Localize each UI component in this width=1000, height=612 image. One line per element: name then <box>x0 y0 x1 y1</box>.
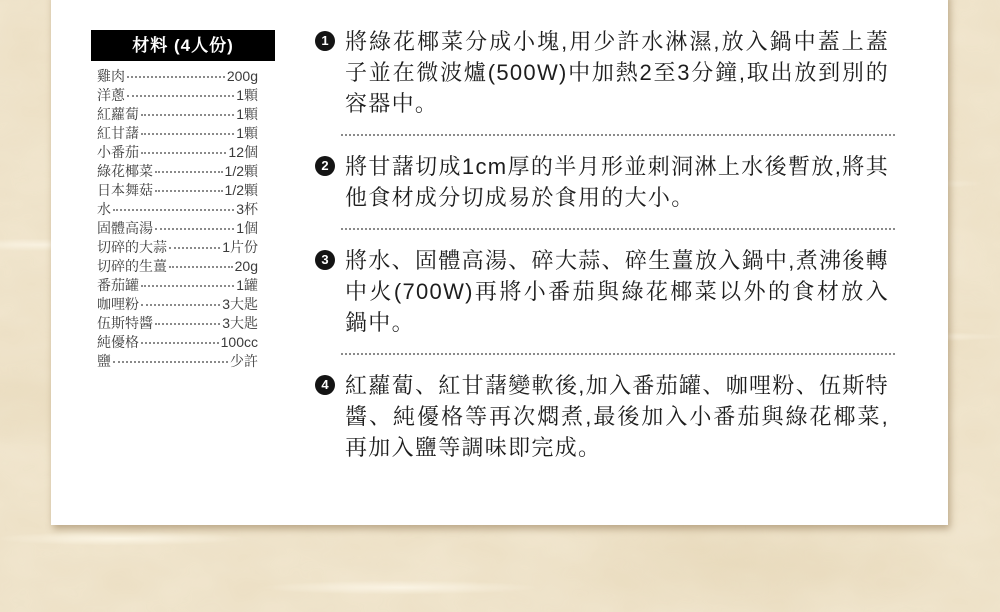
ingredients-header: 材料 (4人份) <box>91 30 275 61</box>
ingredient-amount: 1罐 <box>236 275 258 295</box>
step-number-badge: 4 <box>315 375 335 395</box>
dotted-leader <box>127 73 225 78</box>
ingredient-name: 純優格 <box>97 332 139 352</box>
ingredient-row: 紅蘿蔔1顆 <box>97 104 258 123</box>
ingredient-row: 切碎的大蒜1片份 <box>97 237 258 256</box>
step-4: 4紅蘿蔔、紅甘藷變軟後,加入番茄罐、咖哩粉、伍斯特醬、純優格等再次燜煮,最後加入… <box>315 370 907 463</box>
ingredient-amount: 3大匙 <box>222 294 258 314</box>
step-text: 將水、固體高湯、碎大蒜、碎生薑放入鍋中,煮沸後轉中火(700W)再將小番茄與綠花… <box>345 248 889 335</box>
dotted-separator <box>341 134 895 136</box>
dotted-leader <box>155 187 223 192</box>
ingredient-row: 番茄罐1罐 <box>97 275 258 294</box>
ingredient-amount: 1片份 <box>222 237 258 257</box>
dotted-leader <box>141 282 234 287</box>
ingredient-row: 咖哩粉3大匙 <box>97 294 258 313</box>
step-number-badge: 3 <box>315 250 335 270</box>
ingredient-row: 鹽少許 <box>97 351 258 370</box>
dotted-leader <box>113 206 234 211</box>
ingredient-amount: 3杯 <box>236 199 258 219</box>
dotted-leader <box>113 358 228 363</box>
dotted-separator <box>341 353 895 355</box>
ingredient-name: 固體高湯 <box>97 218 153 238</box>
ingredient-name: 日本舞菇 <box>97 180 153 200</box>
ingredient-amount: 1顆 <box>236 123 258 143</box>
dotted-leader <box>169 263 233 268</box>
ingredient-row: 水3杯 <box>97 199 258 218</box>
ingredient-name: 鹽 <box>97 351 111 371</box>
dotted-leader <box>141 301 220 306</box>
dotted-separator <box>341 228 895 230</box>
step-text: 紅蘿蔔、紅甘藷變軟後,加入番茄罐、咖哩粉、伍斯特醬、純優格等再次燜煮,最後加入小… <box>345 373 889 460</box>
step-1: 1將綠花椰菜分成小塊,用少許水淋濕,放入鍋中蓋上蓋子並在微波爐(500W)中加熱… <box>315 26 907 119</box>
recipe-card: 材料 (4人份) 雞肉200g 洋蔥1顆 紅蘿蔔1顆 紅甘藷1顆 小番茄12個 … <box>51 0 948 525</box>
dotted-leader <box>141 339 219 344</box>
ingredient-row: 洋蔥1顆 <box>97 85 258 104</box>
ingredient-amount: 1個 <box>236 218 258 238</box>
ingredient-row: 伍斯特醬3大匙 <box>97 313 258 332</box>
ingredient-amount: 12個 <box>228 142 258 162</box>
step-number-badge: 1 <box>315 31 335 51</box>
ingredient-amount: 1/2顆 <box>225 161 258 181</box>
ingredient-name: 番茄罐 <box>97 275 139 295</box>
dotted-leader <box>155 225 234 230</box>
ingredient-row: 純優格100cc <box>97 332 258 351</box>
step-2: 2將甘藷切成1cm厚的半月形並刺洞淋上水後暫放,將其他食材成分切成易於食用的大小… <box>315 151 907 213</box>
step-number-badge: 2 <box>315 156 335 176</box>
dotted-leader <box>127 92 234 97</box>
steps-panel: 1將綠花椰菜分成小塊,用少許水淋濕,放入鍋中蓋上蓋子並在微波爐(500W)中加熱… <box>315 26 907 463</box>
ingredient-name: 切碎的大蒜 <box>97 237 167 257</box>
ingredient-amount: 100cc <box>221 334 258 350</box>
ingredient-amount: 20g <box>235 258 258 274</box>
ingredient-name: 雞肉 <box>97 66 125 86</box>
ingredient-row: 切碎的生薑20g <box>97 256 258 275</box>
ingredient-amount: 1顆 <box>236 104 258 124</box>
dotted-leader <box>141 111 234 116</box>
ingredient-row: 固體高湯1個 <box>97 218 258 237</box>
ingredient-row: 雞肉200g <box>97 66 258 85</box>
ingredient-name: 紅甘藷 <box>97 123 139 143</box>
page-background: 材料 (4人份) 雞肉200g 洋蔥1顆 紅蘿蔔1顆 紅甘藷1顆 小番茄12個 … <box>0 0 1000 612</box>
step-text: 將甘藷切成1cm厚的半月形並刺洞淋上水後暫放,將其他食材成分切成易於食用的大小。 <box>345 154 889 210</box>
step-3: 3將水、固體高湯、碎大蒜、碎生薑放入鍋中,煮沸後轉中火(700W)再將小番茄與綠… <box>315 245 907 338</box>
dotted-leader <box>141 149 226 154</box>
ingredient-name: 紅蘿蔔 <box>97 104 139 124</box>
ingredient-amount: 1顆 <box>236 85 258 105</box>
ingredient-row: 小番茄12個 <box>97 142 258 161</box>
dotted-leader <box>141 130 234 135</box>
dotted-leader <box>155 168 223 173</box>
ingredient-row: 綠花椰菜1/2顆 <box>97 161 258 180</box>
ingredient-amount: 200g <box>227 68 258 84</box>
ingredient-amount: 3大匙 <box>222 313 258 333</box>
dotted-leader <box>169 244 220 249</box>
ingredient-name: 綠花椰菜 <box>97 161 153 181</box>
ingredient-name: 伍斯特醬 <box>97 313 153 333</box>
dotted-leader <box>155 320 220 325</box>
ingredient-amount: 少許 <box>230 351 258 371</box>
step-text: 將綠花椰菜分成小塊,用少許水淋濕,放入鍋中蓋上蓋子並在微波爐(500W)中加熱2… <box>345 29 889 116</box>
ingredient-amount: 1/2顆 <box>225 180 258 200</box>
ingredient-name: 小番茄 <box>97 142 139 162</box>
ingredient-row: 日本舞菇1/2顆 <box>97 180 258 199</box>
ingredient-name: 切碎的生薑 <box>97 256 167 276</box>
ingredient-row: 紅甘藷1顆 <box>97 123 258 142</box>
ingredient-name: 水 <box>97 199 111 219</box>
ingredients-list: 雞肉200g 洋蔥1顆 紅蘿蔔1顆 紅甘藷1顆 小番茄12個 綠花椰菜1/2顆 … <box>97 66 258 370</box>
ingredient-name: 洋蔥 <box>97 85 125 105</box>
ingredient-name: 咖哩粉 <box>97 294 139 314</box>
